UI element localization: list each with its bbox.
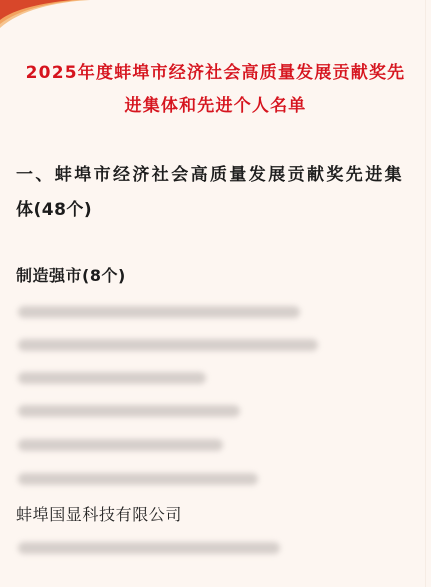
redacted-entry xyxy=(18,339,318,351)
corner-ribbon-decoration xyxy=(0,0,95,30)
redacted-entry xyxy=(18,473,258,485)
redacted-entry xyxy=(18,306,300,318)
document-page: 2025年度蚌埠市经济社会高质量发展贡献奖先 进集体和先进个人名单 一、蚌埠市经… xyxy=(0,0,431,587)
redacted-entry xyxy=(18,439,223,451)
redacted-entry xyxy=(18,372,206,384)
document-title-line-2: 进集体和先进个人名单 xyxy=(0,95,431,117)
category-label: 制造强市(8个) xyxy=(16,265,126,287)
entry-company-name: 蚌埠国显科技有限公司 xyxy=(16,505,182,525)
redacted-entry xyxy=(18,405,240,417)
redacted-entry xyxy=(18,542,280,554)
section-heading-line-1: 一、蚌埠市经济社会高质量发展贡献奖先进集 xyxy=(16,164,416,186)
page-edge-line xyxy=(425,0,426,587)
document-title-line-1: 2025年度蚌埠市经济社会高质量发展贡献奖先 xyxy=(0,62,431,84)
section-heading-line-2: 体(48个) xyxy=(16,199,416,221)
